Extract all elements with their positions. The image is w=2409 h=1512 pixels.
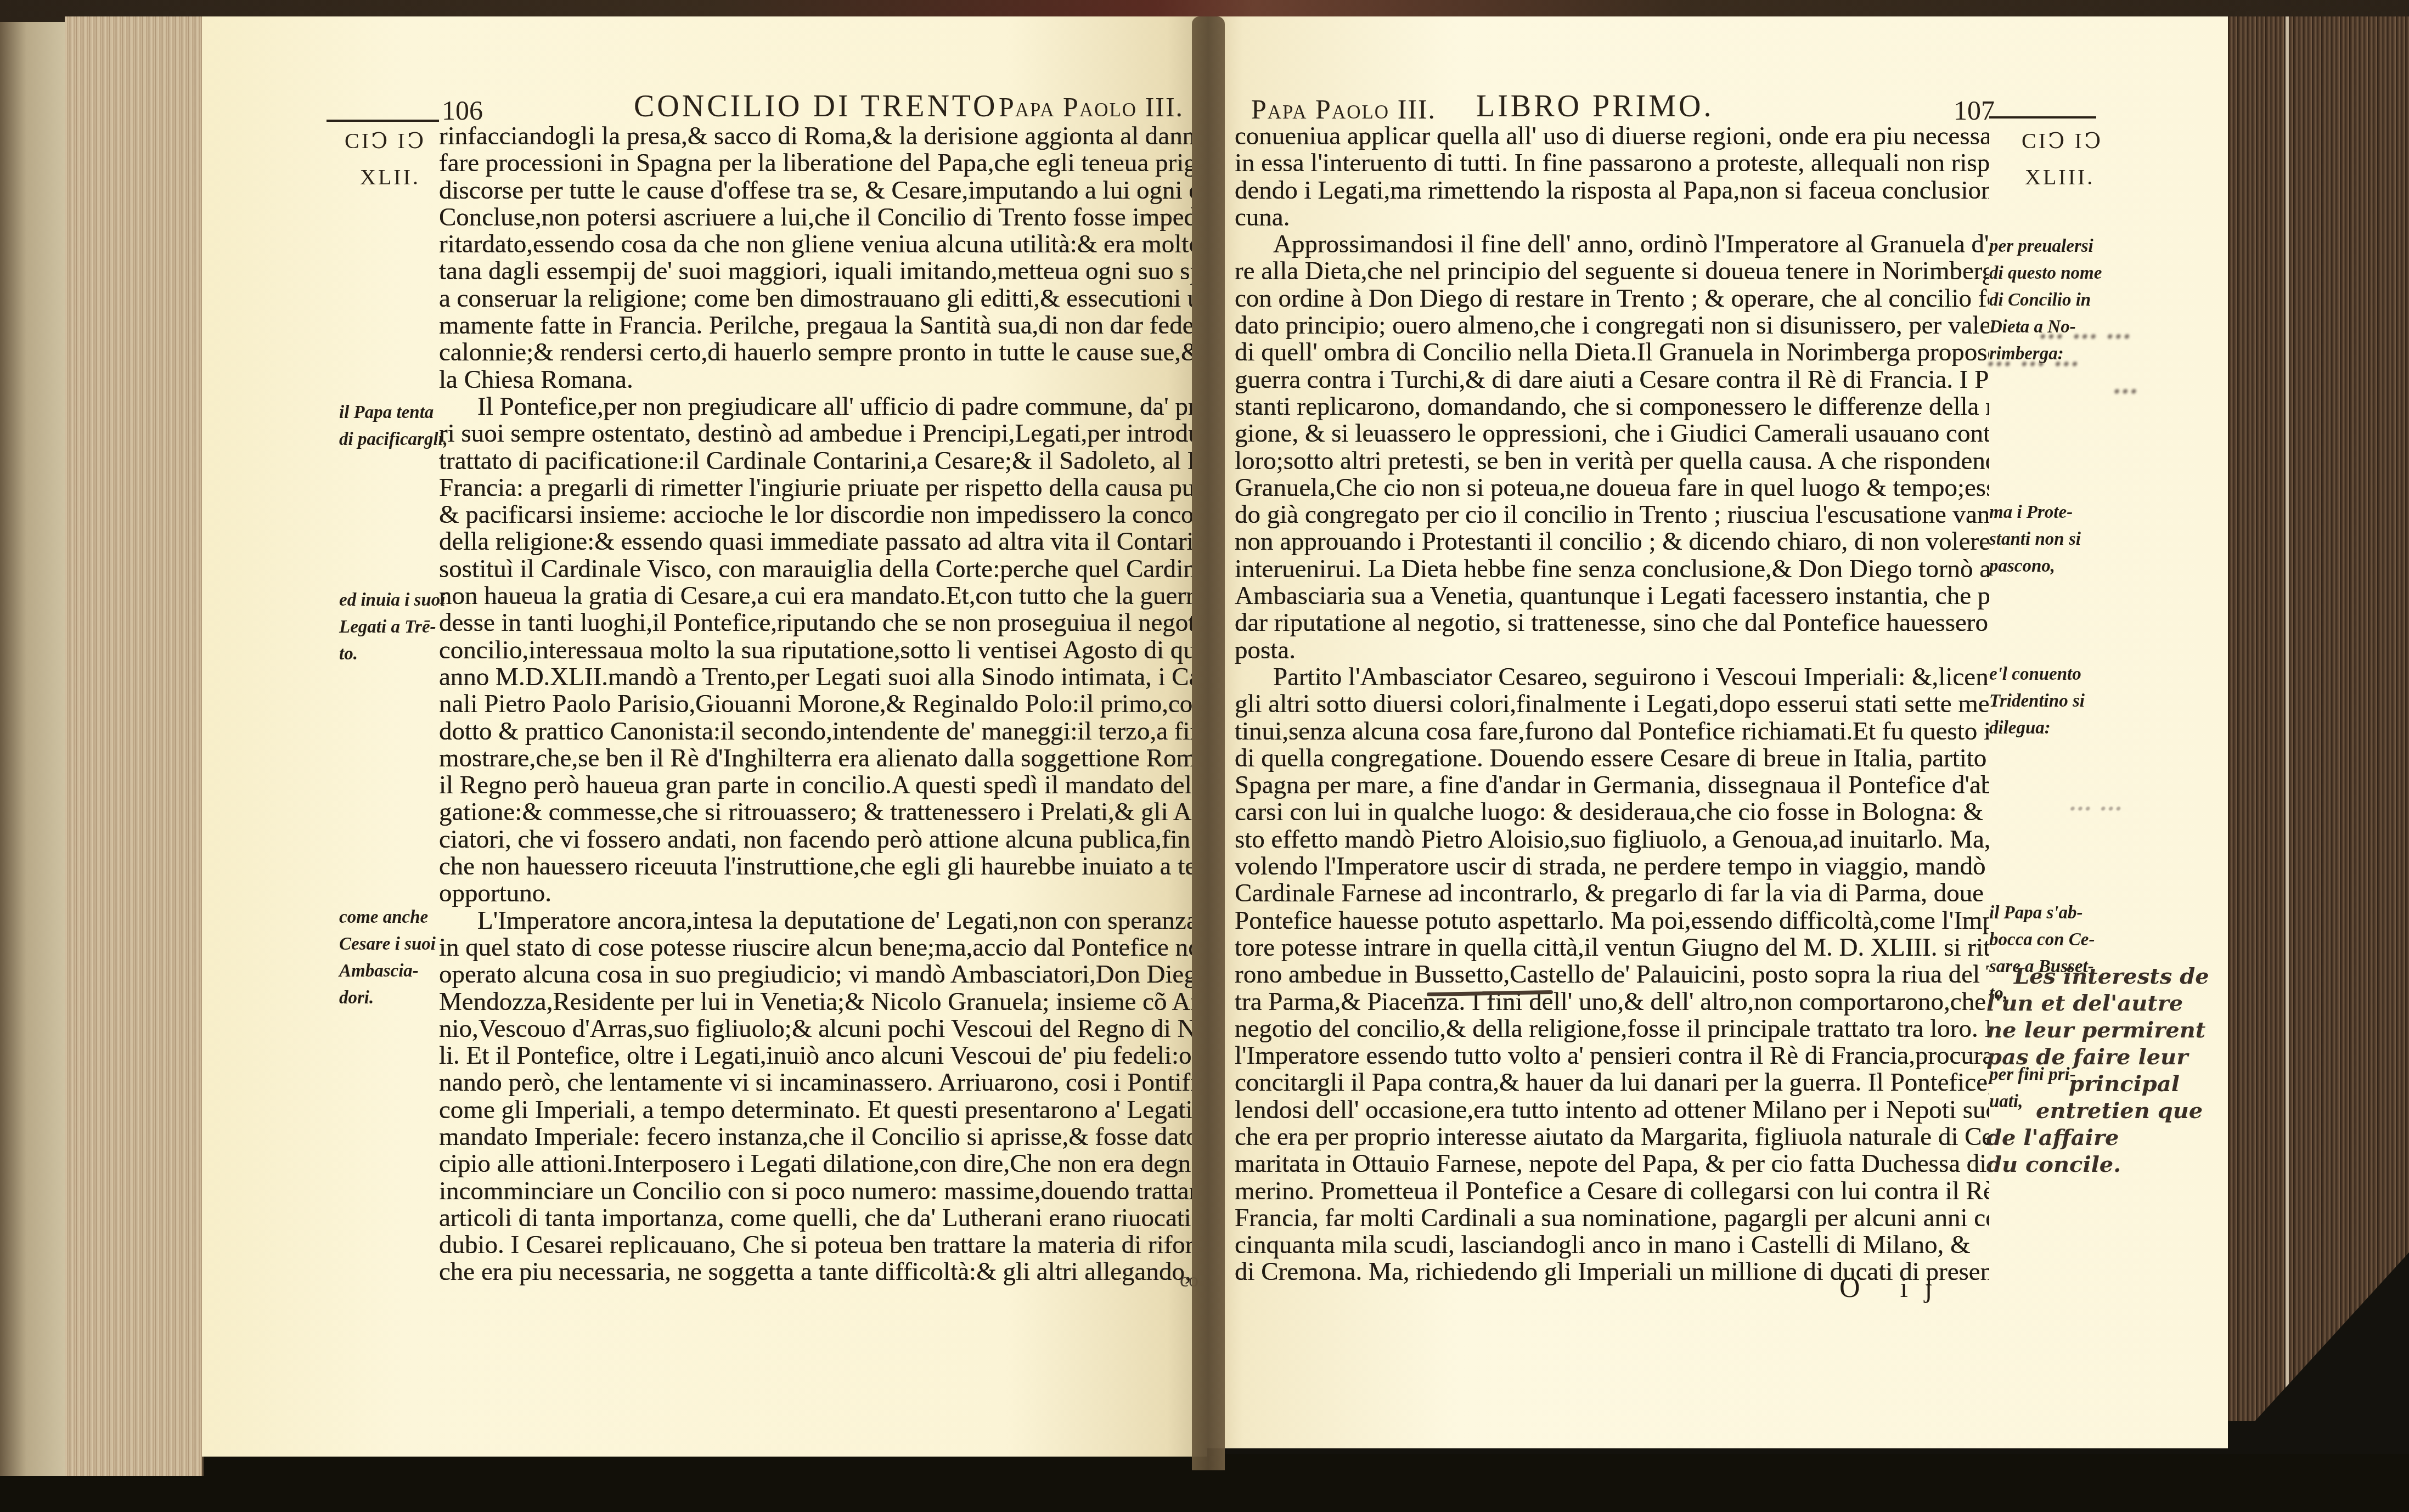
text-line: & pacificarsi insieme: accioche le lor d… (439, 501, 1192, 528)
text-line: tra Parma,& Piacenza. I fini dell' uno,&… (1235, 989, 1989, 1015)
note-line: Legati a Trē- (339, 614, 445, 641)
year-line-1: CIↃ IↃ (2022, 123, 2103, 159)
text-line: Concluse,non potersi ascriuere a lui,che… (439, 204, 1192, 231)
text-line: cinquanta mila scudi, lasciandogli anco … (1235, 1232, 1989, 1259)
text-line: lendosi dell' occasione,era tutto intent… (1235, 1097, 1989, 1124)
text-line: concitargli il Papa contra,& hauer da lu… (1235, 1069, 1989, 1096)
text-line: il Regno però haueua gran parte in conci… (439, 772, 1192, 799)
text-line: anno M.D.XLII.mandò a Trento,per Legati … (439, 664, 1192, 691)
left-page-block (65, 16, 204, 1476)
margin-rule (1989, 116, 2096, 119)
note-line: e'l conuento (1989, 661, 2085, 688)
note-line: Tridentino si (1989, 688, 2085, 715)
note-line: Ambascia- (339, 958, 436, 985)
text-line: mostrare,che,se ben il Rè d'Inghilterra … (439, 745, 1192, 772)
text-line: carsi con lui in qualche luogo: & deside… (1235, 799, 1989, 826)
text-line: negotio del concilio,& della religione,f… (1235, 1015, 1989, 1042)
text-line: do già congregato per cio il concilio in… (1235, 501, 1989, 528)
hand-line: pas de faire leur (1986, 1043, 2209, 1070)
text-line: cuna. (1235, 204, 1989, 231)
margin-note-right-3: e'l conuento Tridentino si dilegua: (1989, 661, 2085, 742)
year-line-2: XLII. (345, 159, 426, 195)
right-margin-year: CIↃ IↃ XLIII. (2022, 123, 2103, 195)
right-running-title: LIBRO PRIMO. (1476, 89, 1714, 124)
year-line-1: CIↃ IↃ (345, 123, 426, 159)
text-line: Francia: a pregarli di rimetter l'ingiur… (439, 475, 1192, 501)
gutter-shadow (1192, 16, 1225, 1470)
text-line: l'Imperatore essendo tutto volto a' pens… (1235, 1042, 1989, 1069)
hand-line: du concile. (1986, 1151, 2209, 1178)
note-line: ed inuia i suoi (339, 587, 445, 614)
hand-line: ... ... ... (1986, 317, 2138, 345)
note-line: to. (339, 641, 445, 668)
text-line: incomminciare un Concilio con si poco nu… (439, 1178, 1192, 1205)
note-line: di pacificargli, (339, 426, 448, 453)
text-line: Pontefice hauesse potuto aspettarlo. Ma … (1235, 907, 1989, 934)
note-line: di Concilio in (1989, 287, 2102, 314)
text-line: gli altri sotto diuersi colori,finalment… (1235, 691, 1989, 718)
text-line: tana dagli essempij de' suoi maggiori, i… (439, 258, 1192, 285)
text-line: Partito l'Ambasciator Cesareo, seguirono… (1235, 664, 1989, 691)
text-line: calonnie;& rendersi certo,di hauerlo sem… (439, 339, 1192, 366)
text-line: dotto & prattico Canonista:il secondo,in… (439, 718, 1192, 745)
note-line: per preualersi (1989, 233, 2102, 260)
text-line: che era piu necessaria, ne soggetta a ta… (439, 1259, 1192, 1285)
text-line: sto effetto mandò Pietro Aloisio,suo fig… (1235, 826, 1989, 853)
text-line: articoli di tanta importanza, come quell… (439, 1205, 1192, 1232)
margin-note-right-2: ma i Prote- stanti non si pascono, (1989, 499, 2081, 580)
left-body-text: rinfacciandogli la presa,& sacco di Roma… (439, 123, 1192, 1302)
text-line: dato principio; ouero almeno,che i congr… (1235, 312, 1989, 339)
margin-note-left-1: il Papa tenta di pacificargli, (339, 399, 448, 453)
note-line: dori. (339, 985, 436, 1012)
text-line: che era per proprio interesse aiutato da… (1235, 1124, 1989, 1150)
text-line: fare processioni in Spagna per la libera… (439, 150, 1192, 177)
note-line: dilegua: (1989, 715, 2085, 742)
page-edge-highlight (2286, 16, 2289, 1421)
text-line: dendo i Legati,ma rimettendo la risposta… (1235, 177, 1989, 204)
text-line: dar riputatione al negotio, si trattenes… (1235, 610, 1989, 636)
text-line: posta. (1235, 637, 1989, 664)
text-line: mamente fatte in Francia. Perilche, preg… (439, 312, 1192, 339)
hand-line: entretien que (1986, 1097, 2209, 1124)
margin-note-left-3: come anche Cesare i suoi Ambascia- dori. (339, 904, 436, 1012)
text-line: Il Pontefice,per non pregiudicare all' u… (439, 393, 1192, 420)
text-line: non approuando i Protestanti il concilio… (1235, 528, 1989, 555)
note-line: pascono, (1989, 553, 2081, 580)
hand-line: ... ... ... (1986, 345, 2138, 372)
text-line: ritardato,essendo cosa da che non gliene… (439, 231, 1192, 258)
text-line: li. Et il Pontefice, oltre i Legati,inui… (439, 1042, 1192, 1069)
text-line: che non hauessero riceuuta l'instruttion… (439, 853, 1192, 880)
text-line: come gli Imperiali, a tempo determinato.… (439, 1097, 1192, 1124)
handwritten-faint-note: ... ... (2069, 790, 2122, 816)
text-line: con ordine à Don Diego di restare in Tre… (1235, 285, 1989, 312)
left-running-pope: Papa Paolo III. (999, 91, 1184, 123)
left-folio: 106 (442, 94, 483, 126)
note-line: come anche (339, 904, 436, 931)
text-line: re alla Dieta,che nel principio del segu… (1235, 258, 1989, 285)
page-signature: O ij (1839, 1272, 1949, 1304)
text-line: volendo l'Imperatore uscir di strada, ne… (1235, 853, 1989, 880)
text-line: non haueua la gratia di Cesare,a cui era… (439, 583, 1192, 610)
text-line: sostituì il Cardinale Visco, con marauig… (439, 556, 1192, 583)
note-line: stanti non si (1989, 526, 2081, 553)
left-running-title: CONCILIO DI TRENTO (634, 89, 998, 124)
text-line: L'Imperatore ancora,intesa la deputation… (439, 907, 1192, 934)
note-line: il Papa s'ab- (1989, 900, 2095, 927)
text-line: gione, & si leuassero le oppressioni, ch… (1235, 420, 1989, 447)
year-line-2: XLIII. (2022, 159, 2103, 195)
text-line: trattato di pacificatione:il Cardinale C… (439, 448, 1192, 475)
text-line: Approssimandosi il fine dell' anno, ordi… (1235, 231, 1989, 258)
text-line: di quell' ombra di Concilio nella Dieta.… (1235, 339, 1989, 366)
margin-rule (327, 120, 439, 122)
text-line: in quel stato di cose potesse riuscire a… (439, 934, 1192, 961)
text-line: Spagna per mare, a fine d'andar in Germa… (1235, 772, 1989, 799)
right-page-block (2228, 16, 2409, 1421)
left-margin-year: CIↃ IↃ XLII. (345, 123, 426, 195)
text-line: nando però, che lentamente vi si incamin… (439, 1069, 1192, 1096)
handwritten-french-note: Les interests de l'un et del'autre ne le… (1986, 963, 2209, 1178)
text-line: Ambasciaria sua a Venetia, quantunque i … (1235, 583, 1989, 610)
text-line: opportuno. (439, 880, 1192, 907)
text-line: loro;sotto altri pretesti, se ben in ver… (1235, 448, 1989, 475)
text-line: operato alcuna cosa in suo pregiudicio; … (439, 961, 1192, 988)
hand-line: ne leur permirent (1986, 1017, 2209, 1043)
text-line: Cardinale Farnese ad incontrarlo, & preg… (1235, 880, 1989, 907)
margin-note-left-2: ed inuia i suoi Legati a Trē- to. (339, 587, 445, 668)
text-line: ri suoi sempre ostentato, destinò ad amb… (439, 420, 1192, 447)
text-line: a conseruar la religione; come ben dimos… (439, 285, 1192, 312)
text-line: concilio,interessaua molto la sua riputa… (439, 637, 1192, 664)
note-line: ma i Prote- (1989, 499, 2081, 526)
right-folio: 107 (1954, 94, 1995, 126)
text-line: stanti replicarono, domandando, che si c… (1235, 393, 1989, 420)
text-line: cipio alle attioni.Interposero i Legati … (439, 1150, 1192, 1177)
text-line: della religione:& essendo quasi immediat… (439, 528, 1192, 555)
text-line: Mendozza,Residente per lui in Venetia;& … (439, 989, 1192, 1015)
text-line: conueniua applicar quella all' uso di di… (1235, 123, 1989, 150)
hand-line: de l'affaire (1986, 1124, 2209, 1151)
text-line: rono ambedue in Bussetto,Castello de' Pa… (1235, 961, 1989, 988)
text-line: in essa l'interuento di tutti. In fine p… (1235, 150, 1989, 177)
note-line: Cesare i suoi (339, 931, 436, 958)
note-line: bocca con Ce- (1989, 927, 2095, 954)
text-line: nali Pietro Paolo Parisio,Giouanni Moron… (439, 691, 1192, 718)
text-line: maritata in Ottauio Farnese, nepote del … (1235, 1150, 1989, 1177)
text-line: Francia, far molti Cardinali a sua nomin… (1235, 1205, 1989, 1232)
hand-line: Les interests de (1986, 963, 2209, 990)
text-line: interuenirui. La Dieta hebbe fine senza … (1235, 556, 1989, 583)
text-line: tinui,senza alcuna cosa fare,furono dal … (1235, 718, 1989, 745)
right-running-pope: Papa Paolo III. (1251, 93, 1436, 125)
hand-line: l'un et del'autre (1986, 990, 2209, 1017)
text-line: dubio. I Cesarei replicauano, Che si pot… (439, 1232, 1192, 1259)
text-line: di quella congregatione. Douendo essere … (1235, 745, 1989, 772)
text-line: Granuela,Che cio non si poteua,ne doueua… (1235, 475, 1989, 501)
hand-line: ... (1986, 372, 2138, 399)
text-line: tore potesse intrare in quella città,il … (1235, 934, 1989, 961)
handwritten-smudged-note: ... ... ... ... ... ... ... (1986, 317, 2138, 399)
note-line: di questo nome (1989, 260, 2102, 287)
text-line: rinfacciandogli la presa,& sacco di Roma… (439, 123, 1192, 150)
text-line: gatione:& commesse,che si ritrouassero; … (439, 799, 1192, 826)
text-line: ciatori, che vi fossero andati, non face… (439, 826, 1192, 853)
left-book-cover (0, 22, 66, 1476)
text-line: mandato Imperiale: fecero instanza,che i… (439, 1124, 1192, 1150)
text-line: desse in tanti luoghi,il Pontefice,riput… (439, 610, 1192, 636)
right-running-pope-text: Papa Paolo III. (1251, 94, 1436, 125)
text-line: merino. Prometteua il Pontefice a Cesare… (1235, 1178, 1989, 1205)
right-body-text: conueniua applicar quella all' uso di di… (1235, 123, 1989, 1291)
text-line: discorse per tutte le cause d'offese tra… (439, 177, 1192, 204)
text-line: nio,Vescouo d'Arras,suo figliuolo;& alcu… (439, 1015, 1192, 1042)
hand-line: principal (1986, 1070, 2209, 1097)
text-line: la Chiesa Romana. (439, 366, 1192, 393)
left-running-pope-text: Papa Paolo III. (999, 92, 1184, 122)
text-line: guerra contra i Turchi,& di dare aiuti a… (1235, 366, 1989, 393)
note-line: il Papa tenta (339, 399, 448, 426)
